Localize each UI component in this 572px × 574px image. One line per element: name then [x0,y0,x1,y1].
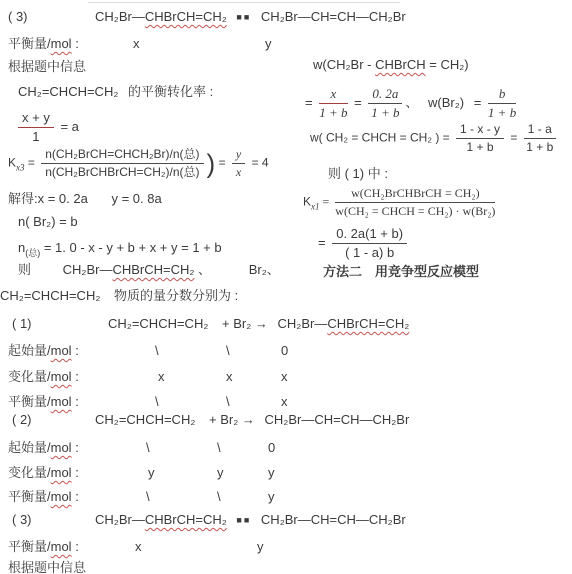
fraction-1xy-over-1b: 1 - x - y1 + b [456,122,504,155]
item-1-number: ( 1) [12,316,32,332]
formula-rhs: CH₂Br—CH=CH—CH₂Br [261,512,406,527]
label-cn: 平衡量/ [8,394,51,409]
frac-den: 1 + b [488,104,516,121]
info-text: 根据题中信息 [8,560,86,574]
frac-den: w(CH₂ = CHCH = CH₂) · w(Br₂) [335,203,495,219]
equals-sign: = [510,131,517,145]
fraction-x-over-1b: x1 + b [319,86,347,122]
cell-value: 0 [281,343,288,359]
n-total-expression: = 1. 0 - x - y + b + x + y = 1 + b [40,240,221,255]
label-mol: mol [51,465,72,480]
fraction-1a-over-1b: 1 - a1 + b [524,122,556,155]
conversion-rate-text: 的平衡转化率 : [128,84,213,99]
separator: 、 [405,95,418,110]
item-3-number: ( 3) [8,9,28,25]
cell-value: y [268,465,275,481]
value-x: x [135,539,142,554]
cell-value: y [217,465,224,481]
solve-line: 解得:x = 0. 2a y = 0. 8a [8,191,162,207]
cell-value: x [158,369,165,385]
cell-value: y [148,465,155,481]
mole-fraction-intro: CH₂=CHCH=CH₂ 物质的量分数分别为 : [0,288,238,304]
then-1-line: 则 ( 1) 中 : [328,166,388,182]
row-label: 平衡量/mol : [8,394,79,410]
plus-br2-arrow: + Br₂ → [209,412,255,427]
label-colon: : [72,465,79,480]
solve-y: y = 0. 8a [111,191,161,206]
frac-den: 1 + b [524,139,556,155]
info-line: 根据题中信息 [8,59,86,75]
product-pre: CH₂Br—CH=CH—CH₂Br [265,412,410,427]
then-1-text: 则 ( 1) 中 : [328,166,388,181]
label-cn: 平衡量/ [8,539,51,554]
frac-num: y [232,147,245,164]
label-cn: 平衡量/ [8,36,51,51]
w-dibromo-line: w(CH₂Br - CHBrCH = CH₂) [313,57,469,73]
label-cn: 变化量/ [8,369,51,384]
w1-post: = CH₂) [426,57,469,72]
item-2-number: ( 2) [12,412,32,428]
closing-paren: ) [207,148,216,178]
label-colon: : [72,369,79,384]
fraction-b-over-1b: b1 + b [488,86,516,122]
then-label: 则 [18,262,31,277]
formula-lhs-squiggled: CHBrCH=CH₂ [145,9,227,24]
product-pre: CH₂Br— [278,316,328,331]
formula-lhs-squiggled: CHBrCH=CH₂ [145,512,227,527]
cell-value: 0 [268,440,275,456]
n-br2-text: n( Br₂) = b [18,214,78,229]
w-fractions-line: = x1 + b = 0. 2a1 + b、 w(Br₂) = b1 + b [305,86,519,122]
xy-fraction-line: x + y1 = a [18,110,79,146]
fraction-xy-over-1: x + y1 [18,110,54,146]
item-number-text: ( 3) [12,512,32,527]
frac-num: x + y [18,110,54,128]
w1-squiggled: CHBrCH [375,57,426,72]
method-2-heading: 方法二 用竞争型反应模型 [323,264,479,280]
equil-value-y-bottom: y [257,539,264,555]
n-total-line: n(总) = 1. 0 - x - y + b + x + y = 1 + b [18,240,222,259]
equals-sign: = [219,156,226,170]
kx1-value-line: = 0. 2a(1 + b)( 1 - a) b [318,226,410,262]
cell-value: \ [146,489,150,505]
k-subscript: x1 [311,201,320,211]
frac-num: x [319,86,347,104]
then-species-line: 则 CH₂Br—CHBrCH=CH₂ 、 Br₂、 [18,262,280,278]
item-number-text: ( 3) [8,9,28,24]
cell-value: \ [155,394,159,410]
reactant-formula: CH₂=CHCH=CH₂ [95,412,195,427]
w2-lhs: w( CH₂ = CHCH = CH₂ ) [310,131,439,145]
frac-num: 1 - x - y [456,122,504,139]
row-label: 变化量/mol : [8,465,79,481]
formula-lhs-pre: CH₂Br— [95,9,145,24]
label-mol: mol [51,394,72,409]
equil-value-x-bottom: x [135,539,142,555]
label-mol: mol [51,489,72,504]
item-2-equation: CH₂=CHCH=CH₂ + Br₂ → CH₂Br—CH=CH—CH₂Br [95,412,409,428]
value-y: y [265,36,272,51]
cell-value: \ [226,394,230,410]
equals-a: = a [60,119,78,134]
kx3-fraction: n(CH₂BrCH=CHCH₂Br)/n(总)n(CH₂BrCHBrCH=CH₂… [41,147,203,180]
frac-den: n(CH₂BrCHBrCH=CH₂)/n(总) [41,164,203,180]
w-butadiene-line: w( CH₂ = CHCH = CH₂ ) = 1 - x - y1 + b =… [310,122,559,155]
equals-sign: = [354,95,362,110]
formula-pre: CH₂Br— [63,262,113,277]
n-br2-line: n( Br₂) = b [18,214,78,230]
label-mol: mol [51,440,72,455]
label-colon: : [72,36,79,51]
frac-num: 0. 2a [368,86,402,104]
k-symbol: K [8,156,16,170]
butadiene-formula: CH₂=CHCH=CH₂ [18,84,118,99]
label-cn: 变化量/ [8,465,51,480]
frac-num: b [488,86,516,104]
cell-value: x [281,369,288,385]
cell-value: \ [146,440,150,456]
label-mol: mol [51,369,72,384]
w-br2-label: w(Br₂) [428,95,464,110]
k-symbol: K [303,194,311,208]
equil-value-y: y [265,36,272,52]
method-2-text: 方法二 用竞争型反应模型 [323,264,479,279]
label-cn: 起始量/ [8,343,51,358]
document-page: ( 3) CH₂Br—CHBrCH=CH₂ ■■ CH₂Br—CH=CH—CH₂… [0,0,572,574]
divider-line [88,2,400,3]
product-squiggled: CHBrCH=CH₂ [327,316,409,331]
label-colon: : [72,394,79,409]
cell-value: \ [155,343,159,359]
conversion-rate-line: CH₂=CHCH=CH₂ 的平衡转化率 : [18,84,213,100]
info-text: 根据题中信息 [8,59,86,74]
label-cn: 平衡量/ [8,489,51,504]
equil-value-x: x [133,36,140,52]
equals-sign: = [305,95,313,110]
row-label: 起始量/mol : [8,440,79,456]
kx1-value-fraction: 0. 2a(1 + b)( 1 - a) b [332,226,407,262]
info-line-bottom: 根据题中信息 [8,560,86,574]
plus-br2-arrow: + Br₂ → [222,316,268,331]
item-1-equation: CH₂=CHCH=CH₂ + Br₂ → CH₂Br—CHBrCH=CH₂ [108,316,409,332]
butadiene-formula: CH₂=CHCH=CH₂ [0,288,100,303]
formula-squiggled: CHBrCH=CH₂ [112,262,194,277]
row-label: 平衡量/mol : [8,489,79,505]
label-colon: : [72,539,79,554]
equals-sign: = [28,156,35,170]
frac-den: 1 [18,128,54,145]
cell-value: \ [217,489,221,505]
equals-sign: = [474,95,482,110]
br2-label: Br₂、 [249,262,280,277]
row-label: 起始量/mol : [8,343,79,359]
solve-x: 解得:x = 0. 2a [8,191,88,206]
label-mol: mol [51,343,72,358]
cell-value: y [268,489,275,505]
value-x: x [133,36,140,51]
frac-den: x [232,164,245,180]
kx3-equation: Kx3 = n(CH₂BrCH=CHCH₂Br)/n(总)n(CH₂BrCHBr… [8,147,269,180]
item-3-equation: CH₂Br—CHBrCH=CH₂ ■■ CH₂Br—CH=CH—CH₂Br [95,9,406,25]
w1-pre: w(CH₂Br - [313,57,375,72]
frac-num: 1 - a [524,122,556,139]
reactant-formula: CH₂=CHCH=CH₂ [108,316,208,331]
formula-lhs-pre: CH₂Br— [95,512,145,527]
frac-den: 1 + b [368,104,402,121]
cell-value: x [281,394,288,410]
frac-den: ( 1 - a) b [332,244,407,261]
equals-sign: = [318,235,326,250]
frac-den: 1 + b [456,139,504,155]
frac-num: n(CH₂BrCH=CHCH₂Br)/n(总) [41,147,203,164]
equil-amount-label: 平衡量/mol : [8,36,79,52]
label-mol: mol [51,36,72,51]
label-colon: : [72,343,79,358]
frac-num: w(CH₂BrCHBrCH = CH₂) [335,186,495,203]
label-colon: : [72,489,79,504]
equilibrium-symbol: ■■ [236,12,251,22]
intro-text: 物质的量分数分别为 : [114,288,238,303]
equil-amount-label-bottom: 平衡量/mol : [8,539,79,555]
equals-sign: = [323,194,330,208]
fraction-y-over-x: yx [232,147,245,180]
separator: 、 [194,262,211,277]
item-number-text: ( 1) [12,316,32,331]
equals-4: = 4 [252,156,269,170]
label-mol: mol [51,539,72,554]
cell-value: x [226,369,233,385]
fraction-02a-over-1b: 0. 2a1 + b [368,86,402,122]
frac-num: 0. 2a(1 + b) [332,226,407,244]
kx1-fraction: w(CH₂BrCHBrCH = CH₂)w(CH₂ = CHCH = CH₂) … [335,186,495,219]
item-3-equation-bottom: CH₂Br—CHBrCH=CH₂ ■■ CH₂Br—CH=CH—CH₂Br [95,512,406,528]
kx1-equation: Kx1 = w(CH₂BrCHBrCH = CH₂)w(CH₂ = CHCH =… [303,186,498,219]
item-3-number-bottom: ( 3) [12,512,32,528]
label-colon: : [72,440,79,455]
n-total-subscript: (总) [25,248,40,258]
value-y: y [257,539,264,554]
cell-value: \ [226,343,230,359]
row-label: 变化量/mol : [8,369,79,385]
item-number-text: ( 2) [12,412,32,427]
label-cn: 起始量/ [8,440,51,455]
formula-rhs: CH₂Br—CH=CH—CH₂Br [261,9,406,24]
equilibrium-symbol: ■■ [236,515,251,525]
cell-value: \ [217,440,221,456]
k-subscript: x3 [16,163,25,173]
frac-den: 1 + b [319,104,347,121]
equals-sign: = [443,131,450,145]
